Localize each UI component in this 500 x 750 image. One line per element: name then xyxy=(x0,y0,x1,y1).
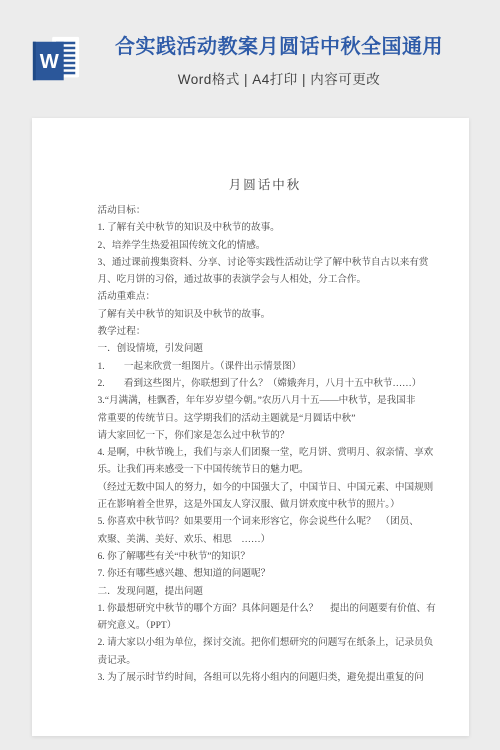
doc-line: 1. 了解有关中秋节的知识及中秋节的故事。 xyxy=(98,219,433,236)
doc-line: 正在影响着全世界，这是外国友人穿汉服、做月饼欢度中秋节的照片。） xyxy=(98,496,433,513)
doc-line: （经过无数中国人的努力，如今的中国强大了，中国节日、中国元素、中国规则 xyxy=(98,479,433,496)
word-icon: W xyxy=(30,34,82,88)
doc-line: 活动目标： xyxy=(98,202,433,219)
doc-line: 常重要的传统节日。这学期我们的活动主题就是“月圆话中秋” xyxy=(98,410,433,427)
page-subtitle: Word格式 | A4打印 | 内容可更改 xyxy=(88,68,470,88)
doc-line: 2. 看到这些图片，你联想到了什么？（嫦娥奔月，八月十五中秋节……） xyxy=(98,375,433,392)
doc-line: 6. 你了解哪些有关“中秋节”的知识？ xyxy=(98,548,433,565)
doc-line: 3、通过课前搜集资料、分享、讨论等实践性活动让学了解中秋节自古以来有赏 xyxy=(98,254,433,271)
doc-line: 月、吃月饼的习俗，通过故事的表演学会与人相处，分工合作。 xyxy=(98,271,433,288)
doc-line: 5. 你喜欢中秋节吗？如果要用一个词来形容它，你会说些什么呢？ （团员、 xyxy=(98,513,433,530)
doc-line: 教学过程： xyxy=(98,323,433,340)
document-body: 活动目标：1. 了解有关中秋节的知识及中秋节的故事。2、培养学生热爱祖国传统文化… xyxy=(98,202,433,686)
doc-line: 活动重难点： xyxy=(98,288,433,305)
doc-line: 3. 为了展示时节约时间，各组可以先将小组内的问题归类，避免提出重复的问 xyxy=(98,669,433,686)
doc-line: 研究意义。（PPT） xyxy=(98,617,433,634)
doc-line: 2、培养学生热爱祖国传统文化的情感。 xyxy=(98,237,433,254)
word-icon-letter: W xyxy=(40,51,60,73)
doc-line: 了解有关中秋节的知识及中秋节的故事。 xyxy=(98,306,433,323)
doc-line: 4. 是啊，中秋节晚上，我们与亲人们团聚一堂，吃月饼、赏明月、叙亲情、享欢 xyxy=(98,444,433,461)
document-title: 月圆话中秋 xyxy=(98,175,433,193)
doc-line: 7. 你还有哪些感兴趣、想知道的问题呢？ xyxy=(98,565,433,582)
doc-line: 1. 你最想研究中秋节的哪个方面？具体问题是什么？ 提出的问题要有价值、有 xyxy=(98,600,433,617)
word-icon-panel-edge xyxy=(33,42,36,81)
doc-line: 1. 一起来欣赏一组图片。（课件出示情景图） xyxy=(98,358,433,375)
doc-line: 二．发现问题，提出问题 xyxy=(98,583,433,600)
doc-line: 3.“月满满，桂飘香，年年岁岁望今朝。”农历八月十五——中秋节，是我国非 xyxy=(98,392,433,409)
document-page: 月圆话中秋 活动目标：1. 了解有关中秋节的知识及中秋节的故事。2、培养学生热爱… xyxy=(32,118,469,736)
doc-line: 2. 请大家以小组为单位，探讨交流。把你们想研究的问题写在纸条上，记录员负 xyxy=(98,634,433,651)
doc-line: 乐。让我们再来感受一下中国传统节日的魅力吧。 xyxy=(98,461,433,478)
doc-line: 请大家回忆一下，你们家是怎么过中秋节的？ xyxy=(98,427,433,444)
doc-line: 责记录。 xyxy=(98,652,433,669)
header-text: 合实践活动教案月圆话中秋全国通用 Word格式 | A4打印 | 内容可更改 xyxy=(82,35,470,88)
header: W 合实践活动教案月圆话中秋全国通用 Word格式 | A4打印 | 内容可更改 xyxy=(0,0,500,88)
doc-line: 一．创设情境，引发问题 xyxy=(98,340,433,357)
doc-line: 欢聚、美满、美好、欢乐、相思 ……） xyxy=(98,531,433,548)
page-title: 合实践活动教案月圆话中秋全国通用 xyxy=(88,35,470,60)
